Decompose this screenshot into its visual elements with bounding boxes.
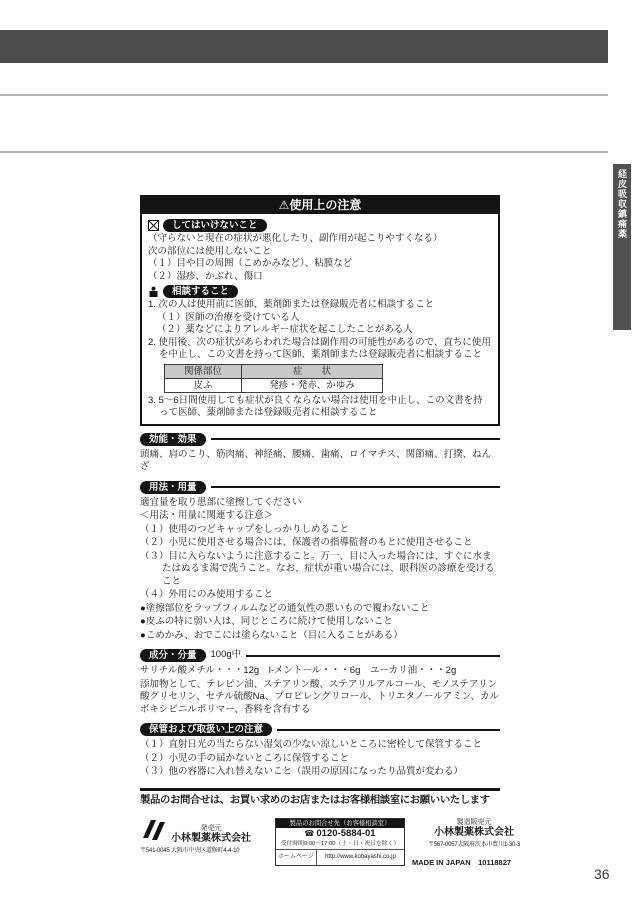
warning-triangle-icon: ⚠ (279, 198, 290, 212)
usage-precautions-box: ⚠使用上の注意 してはいけないこと （守らないと現在の症状が悪化したり、副作用が… (140, 195, 500, 426)
storage-section-head: 保管および取扱い上の注意 (140, 723, 500, 736)
manufacturer-company: 小林製薬株式会社 (434, 827, 514, 839)
symptom-table-header-symptom: 症 状 (242, 364, 383, 378)
dosage-line: （３）目に入らないように注意すること。万一、目に入った場合には、すぐに水またはぬ… (140, 551, 500, 589)
contact-hours: 受付時間9:00～17:00（土・日・祝日を除く） (276, 840, 404, 850)
kobayashi-logo (140, 818, 168, 845)
consult-badge-row: 相談すること (148, 285, 492, 298)
seller-address: 〒541-0045 大阪市中央区道修町4-4-10 (140, 847, 268, 855)
dont-line: （守らないと現在の症状が悪化したり、副作用が起こりやすくなる） (148, 233, 492, 246)
contact-divider (140, 788, 500, 791)
dont-line: （２）湿疹、かぶれ、傷口 (148, 271, 492, 284)
ingredients-section-head: 成分・分量 100g中 (140, 649, 500, 662)
dont-line: 次の部位には使用しないこと (148, 246, 492, 259)
seller-role: 発売元 (201, 824, 222, 833)
efficacy-badge: 効能・効果 (140, 433, 206, 446)
consult-item-2: 2. 使用後、次の症状があらわれた場合は副作用の可能性があるので、直ちに使用を中… (148, 337, 492, 362)
dosage-badge: 用法・用量 (140, 481, 206, 494)
symptom-table-header-row: 関係部位 症 状 (165, 364, 383, 378)
consult-item-1-sub: （１）医師の治療を受けている人 (157, 312, 492, 325)
dosage-line: （４）外用にのみ使用すること (140, 589, 500, 602)
manufacturer-role: 製造販売元 (457, 818, 492, 827)
homepage-label: ホームページ (276, 850, 317, 865)
ingredients-rule (246, 655, 500, 657)
symptom-table-cell-symptom: 発疹・発赤、かゆみ (242, 378, 383, 392)
top-divider-line-1 (0, 94, 608, 96)
dosage-line: （１）使用のつどキャップをしっかりしめること (140, 524, 500, 537)
freedial-phone-icon: ☎ (304, 828, 314, 840)
consult-badge: 相談すること (163, 285, 238, 298)
contact-phone-row: ☎ 0120-5884-01 (276, 828, 404, 840)
footer: 発売元 小林製薬株式会社 〒541-0045 大阪市中央区道修町4-4-10 製… (140, 818, 500, 870)
homepage-row: ホームページ http://www.kobayashi.co.jp (276, 850, 404, 865)
insert-content: ⚠使用上の注意 してはいけないこと （守らないと現在の症状が悪化したり、副作用が… (140, 195, 500, 870)
contact-box-header: 製品のお問合せ先（お客様相談室） (276, 819, 404, 828)
package-insert-page: { "side_tab": { "label": "経皮吸収鎮痛薬" }, "n… (0, 0, 640, 914)
homepage-url: http://www.kobayashi.co.jp (317, 850, 404, 865)
dosage-rule (211, 486, 500, 488)
usage-precautions-title: ⚠使用上の注意 (142, 197, 498, 214)
consult-person-icon (148, 286, 159, 297)
usage-precautions-title-text: 使用上の注意 (289, 198, 361, 212)
page-number: 36 (594, 866, 610, 882)
side-category-tab: 経皮吸収鎮痛薬 (613, 164, 631, 330)
top-divider-line-2 (0, 151, 608, 153)
dosage-section-head: 用法・用量 (140, 481, 500, 494)
seller-name-col: 発売元 小林製薬株式会社 (171, 824, 251, 845)
dosage-note: ●塗擦部位をラップフィルムなどの通気性の悪いもので覆わないこと (140, 603, 500, 616)
ingredients-actives: サリチル酸メチル・・・12g l-メントール・・・6g ユーカリ油・・・2g (140, 665, 500, 678)
manufacturer-address: 〒567-0057大阪府茨木市豊川1-30-3 (428, 841, 520, 849)
made-in-japan: MADE IN JAPAN 10118827 (412, 857, 511, 870)
storage-line: （１）直射日光の当たらない湿気の少ない涼しいところに密栓して保管すること (140, 739, 500, 752)
seller-block: 発売元 小林製薬株式会社 〒541-0045 大阪市中央区道修町4-4-10 (140, 818, 268, 855)
symptom-table-cell-part: 皮ふ (165, 378, 242, 392)
efficacy-section-head: 効能・効果 (140, 433, 500, 446)
dosage-note: ●皮ふの特に弱い人は、同じところに続けて使用しないこと (140, 616, 500, 629)
ingredients-unit: 100g中 (211, 649, 242, 662)
dosage-line: ＜用法・用量に関連する注意＞ (140, 510, 500, 523)
consult-item-1-sub: （２）薬などによりアレルギー症状を起こしたことがある人 (157, 324, 492, 337)
ingredients-additives: 添加物として、テレピン油、ステアリン酸、ステアリルアルコール、モノステアリン酸グ… (140, 679, 500, 717)
dosage-note: ●こめかみ、おでこには塗らないこと（目に入ることがある） (140, 630, 500, 643)
prohibition-icon (148, 220, 159, 231)
symptom-table-row: 皮ふ 発疹・発赤、かゆみ (165, 378, 383, 392)
top-dark-band (0, 30, 608, 63)
manufacturer-block: 製造販売元 小林製薬株式会社 〒567-0057大阪府茨木市豊川1-30-3 M… (412, 818, 536, 870)
ingredients-badge: 成分・分量 (140, 649, 206, 662)
usage-precautions-body: してはいけないこと （守らないと現在の症状が悪化したり、副作用が起こりやすくなる… (142, 214, 498, 424)
consult-item-3: 3. 5～6日間使用しても症状が良くならない場合は使用を中止し、この文書を持って… (148, 395, 492, 420)
efficacy-rule (211, 438, 500, 440)
dont-line: （１）目や目の周囲（こめかみなど）、粘膜など (148, 258, 492, 271)
seller-company: 小林製薬株式会社 (171, 833, 251, 845)
side-category-label: 経皮吸収鎮痛薬 (613, 169, 631, 330)
dosage-line: 適宜量を取り患部に塗擦してください (140, 497, 500, 510)
efficacy-text: 頭痛、肩のこり、筋肉痛、神経痛、腰痛、歯痛、ロイマチス、関節痛、打撲、ねんざ (140, 449, 500, 474)
dont-badge-row: してはいけないこと (148, 219, 492, 232)
consult-item-1: 1. 次の人は使用前に医師、薬剤師または登録販売者に相談すること (148, 299, 492, 312)
storage-rule (277, 729, 500, 731)
dosage-line: （２）小児に使用させる場合には、保護者の指導監督のもとに使用させること (140, 537, 500, 550)
storage-line: （３）他の容器に入れ替えないこと（誤用の原因になったり品質が変わる） (140, 766, 500, 779)
dont-badge: してはいけないこと (163, 219, 267, 232)
symptom-table: 関係部位 症 状 皮ふ 発疹・発赤、かゆみ (164, 364, 383, 393)
contact-notice: 製品のお問合せは、お買い求めのお店またはお客様相談室にお願いいたします (140, 795, 500, 808)
seller-block-top: 発売元 小林製薬株式会社 (140, 818, 268, 845)
contact-phone-number: 0120-5884-01 (316, 828, 375, 840)
customer-contact-box: 製品のお問合せ先（お客様相談室） ☎ 0120-5884-01 受付時間9:00… (275, 818, 405, 866)
storage-badge: 保管および取扱い上の注意 (140, 723, 272, 736)
storage-line: （２）小児の手の届かないところに保管すること (140, 753, 500, 766)
symptom-table-header-part: 関係部位 (165, 364, 242, 378)
